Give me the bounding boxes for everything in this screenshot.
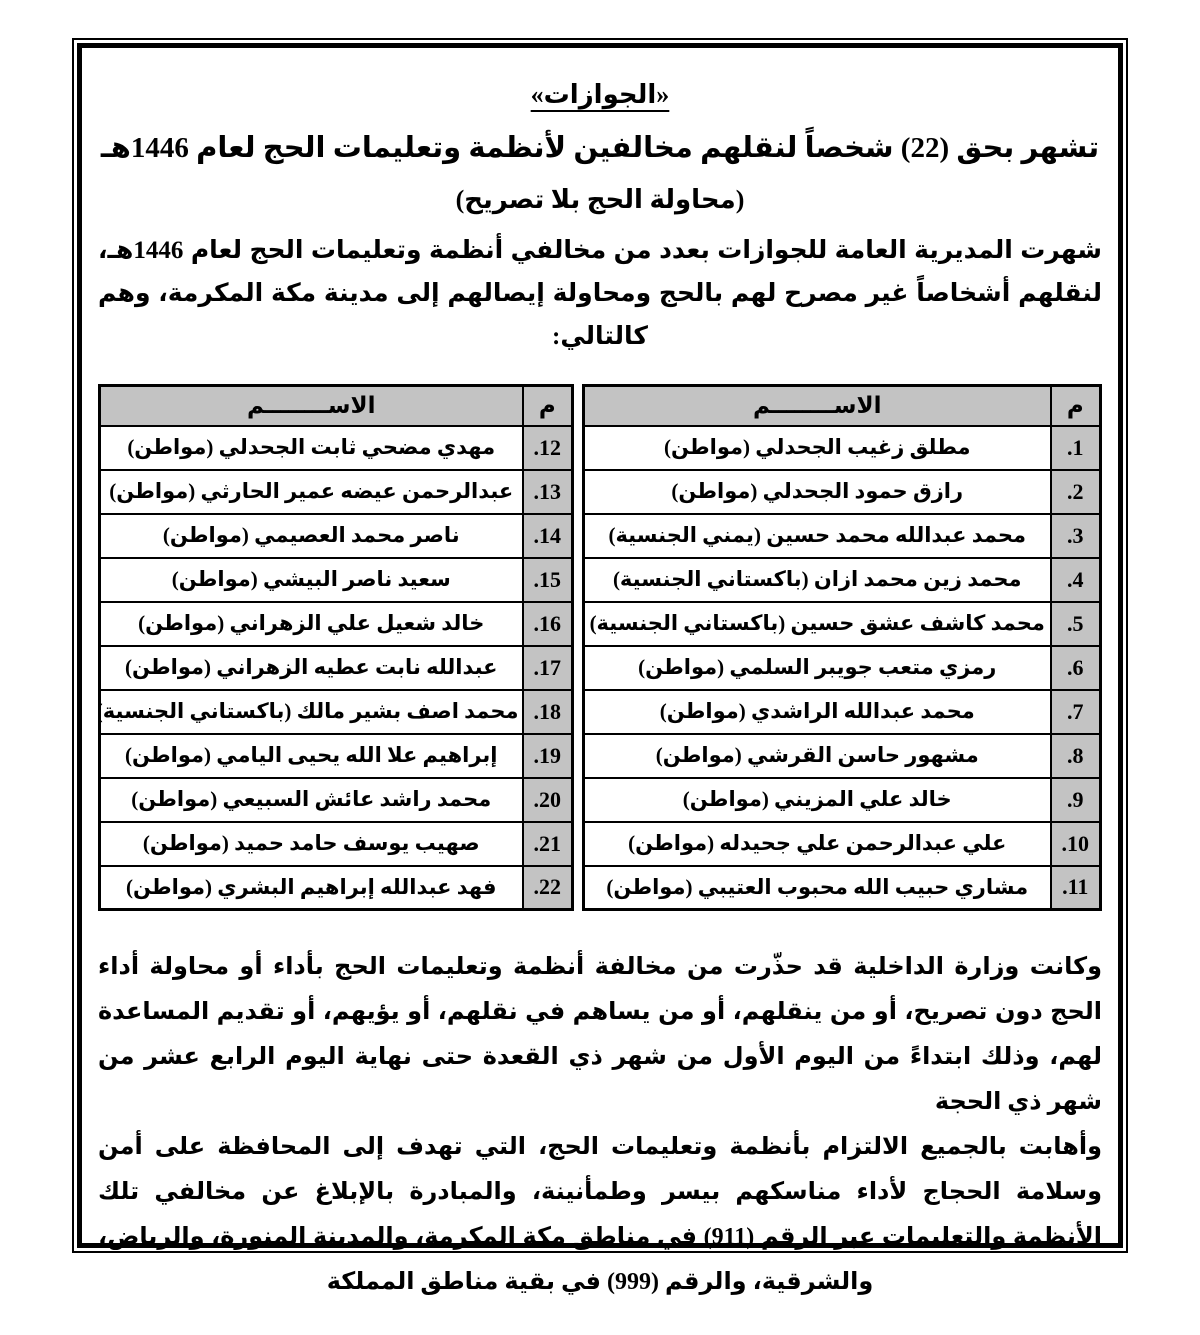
row-number-cell: 10. — [1051, 822, 1101, 866]
row-number-cell: 20. — [523, 778, 573, 822]
person-name-cell: عبدالرحمن عيضه عمير الحارثي (مواطن) — [100, 470, 523, 514]
row-number-cell: 1. — [1051, 426, 1101, 470]
table-row: 19.إبراهيم علا الله يحيى اليامي (مواطن) — [100, 734, 573, 778]
row-number-cell: 13. — [523, 470, 573, 514]
table-row: 22.فهد عبدالله إبراهيم البشري (مواطن) — [100, 866, 573, 910]
document-page: «الجوازات» تشهر بحق (22) شخصاً لنقلهم مخ… — [77, 43, 1123, 1248]
person-name-cell: رمزي متعب جويبر السلمي (مواطن) — [584, 646, 1051, 690]
person-name-cell: رازق حمود الجحدلي (مواطن) — [584, 470, 1051, 514]
row-number-cell: 11. — [1051, 866, 1101, 910]
person-name-cell: مطلق زغيب الجحدلي (مواطن) — [584, 426, 1051, 470]
person-name-cell: علي عبدالرحمن علي جحيدله (مواطن) — [584, 822, 1051, 866]
person-name-cell: إبراهيم علا الله يحيى اليامي (مواطن) — [100, 734, 523, 778]
row-number-cell: 16. — [523, 602, 573, 646]
person-name-cell: مهدي مضحي ثابت الجحدلي (مواطن) — [100, 426, 523, 470]
row-number-cell: 4. — [1051, 558, 1101, 602]
table-row: 17.عبدالله نابت عطيه الزهراني (مواطن) — [100, 646, 573, 690]
row-number-cell: 3. — [1051, 514, 1101, 558]
table-row: 7.محمد عبدالله الراشدي (مواطن) — [584, 690, 1101, 734]
person-name-cell: محمد اصف بشير مالك (باكستاني الجنسية) — [100, 690, 523, 734]
table-row: 11.مشاري حبيب الله محبوب العتيبي (مواطن) — [584, 866, 1101, 910]
person-name-cell: سعيد ناصر البيشي (مواطن) — [100, 558, 523, 602]
table-header-row: م الاســــــــم — [584, 386, 1101, 426]
table-row: 21.صهيب يوسف حامد حميد (مواطن) — [100, 822, 573, 866]
table-row: 1.مطلق زغيب الجحدلي (مواطن) — [584, 426, 1101, 470]
table-row: 15.سعيد ناصر البيشي (مواطن) — [100, 558, 573, 602]
row-number-cell: 2. — [1051, 470, 1101, 514]
table-row: 10.علي عبدالرحمن علي جحيدله (مواطن) — [584, 822, 1101, 866]
table-row: 4.محمد زين محمد ازان (باكستاني الجنسية) — [584, 558, 1101, 602]
person-name-cell: محمد راشد عائش السبيعي (مواطن) — [100, 778, 523, 822]
table-row: 9.خالد علي المزيني (مواطن) — [584, 778, 1101, 822]
person-name-cell: محمد كاشف عشق حسين (باكستاني الجنسية) — [584, 602, 1051, 646]
row-number-cell: 21. — [523, 822, 573, 866]
doc-subheadline: (محاولة الحج بلا تصريح) — [98, 185, 1102, 215]
person-name-cell: ناصر محمد العصيمي (مواطن) — [100, 514, 523, 558]
col-header-name: الاســــــــم — [100, 386, 523, 426]
doc-intro-paragraph: شهرت المديرية العامة للجوازات بعدد من مخ… — [98, 229, 1102, 358]
violators-table-1-11: م الاســــــــم 1.مطلق زغيب الجحدلي (موا… — [582, 384, 1102, 911]
table-header-row: م الاســــــــم — [100, 386, 573, 426]
row-number-cell: 14. — [523, 514, 573, 558]
row-number-cell: 12. — [523, 426, 573, 470]
row-number-cell: 9. — [1051, 778, 1101, 822]
person-name-cell: عبدالله نابت عطيه الزهراني (مواطن) — [100, 646, 523, 690]
person-name-cell: محمد عبدالله محمد حسين (يمني الجنسية) — [584, 514, 1051, 558]
table-row: 8.مشهور حاسن القرشي (مواطن) — [584, 734, 1101, 778]
row-number-cell: 15. — [523, 558, 573, 602]
person-name-cell: محمد عبدالله الراشدي (مواطن) — [584, 690, 1051, 734]
violators-table-12-22: م الاســــــــم 12.مهدي مضحي ثابت الجحدل… — [98, 384, 574, 911]
table-row: 12.مهدي مضحي ثابت الجحدلي (مواطن) — [100, 426, 573, 470]
person-name-cell: خالد شعيل علي الزهراني (مواطن) — [100, 602, 523, 646]
table-row: 5.محمد كاشف عشق حسين (باكستاني الجنسية) — [584, 602, 1101, 646]
table-row: 16.خالد شعيل علي الزهراني (مواطن) — [100, 602, 573, 646]
table-row: 20.محمد راشد عائش السبيعي (مواطن) — [100, 778, 573, 822]
row-number-cell: 8. — [1051, 734, 1101, 778]
row-number-cell: 6. — [1051, 646, 1101, 690]
row-number-cell: 19. — [523, 734, 573, 778]
violators-tables: م الاســــــــم 1.مطلق زغيب الجحدلي (موا… — [98, 384, 1102, 911]
person-name-cell: مشاري حبيب الله محبوب العتيبي (مواطن) — [584, 866, 1051, 910]
col-header-number: م — [523, 386, 573, 426]
person-name-cell: صهيب يوسف حامد حميد (مواطن) — [100, 822, 523, 866]
row-number-cell: 22. — [523, 866, 573, 910]
table-row: 2.رازق حمود الجحدلي (مواطن) — [584, 470, 1101, 514]
appeal-paragraph: وأهابت بالجميع الالتزام بأنظمة وتعليمات … — [98, 1125, 1102, 1305]
row-number-cell: 18. — [523, 690, 573, 734]
row-number-cell: 17. — [523, 646, 573, 690]
person-name-cell: مشهور حاسن القرشي (مواطن) — [584, 734, 1051, 778]
document-outer-border: «الجوازات» تشهر بحق (22) شخصاً لنقلهم مخ… — [72, 38, 1128, 1253]
row-number-cell: 5. — [1051, 602, 1101, 646]
row-number-cell: 7. — [1051, 690, 1101, 734]
table-row: 14.ناصر محمد العصيمي (مواطن) — [100, 514, 573, 558]
table-row: 3.محمد عبدالله محمد حسين (يمني الجنسية) — [584, 514, 1101, 558]
table-row: 18.محمد اصف بشير مالك (باكستاني الجنسية) — [100, 690, 573, 734]
footer-block: وكانت وزارة الداخلية قد حذّرت من مخالفة … — [98, 945, 1102, 1305]
doc-source-title: «الجوازات» — [98, 80, 1102, 110]
doc-headline: تشهر بحق (22) شخصاً لنقلهم مخالفين لأنظم… — [98, 130, 1102, 165]
person-name-cell: فهد عبدالله إبراهيم البشري (مواطن) — [100, 866, 523, 910]
col-header-name: الاســــــــم — [584, 386, 1051, 426]
col-header-number: م — [1051, 386, 1101, 426]
table-row: 13.عبدالرحمن عيضه عمير الحارثي (مواطن) — [100, 470, 573, 514]
warning-paragraph: وكانت وزارة الداخلية قد حذّرت من مخالفة … — [98, 945, 1102, 1125]
table-row: 6.رمزي متعب جويبر السلمي (مواطن) — [584, 646, 1101, 690]
person-name-cell: خالد علي المزيني (مواطن) — [584, 778, 1051, 822]
person-name-cell: محمد زين محمد ازان (باكستاني الجنسية) — [584, 558, 1051, 602]
